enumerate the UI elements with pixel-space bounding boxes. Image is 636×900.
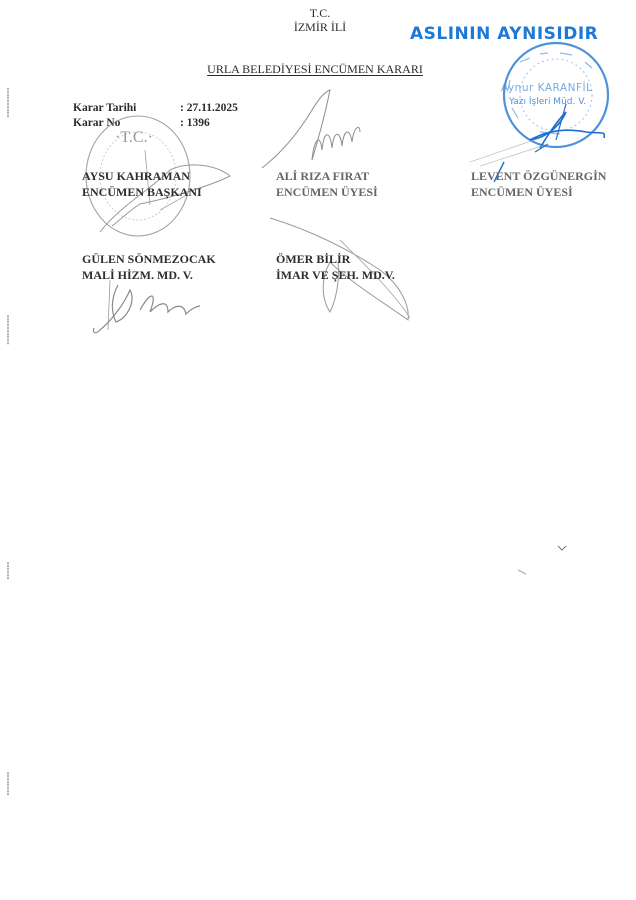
official-seal-icon xyxy=(0,0,636,900)
signatory-title: İMAR VE ŞEH. MD.V. xyxy=(276,267,395,283)
svg-text:·T.C.·: ·T.C.· xyxy=(115,129,153,146)
decision-date-label: Karar Tarihi xyxy=(73,101,136,116)
certified-copy-stamp: ASLININ AYNISIDIR xyxy=(410,24,598,44)
decision-number-label: Karar No xyxy=(73,116,120,131)
signatory-title: ENCÜMEN ÜYESİ xyxy=(471,184,573,200)
signatures-and-seal-drawing: ·T.C.· xyxy=(0,0,636,900)
scan-margin-mark xyxy=(7,562,9,580)
signatory-name: ALİ RIZA FIRAT xyxy=(276,168,369,184)
signatory-title: MALİ HİZM. MD. V. xyxy=(82,267,193,283)
scan-margin-mark xyxy=(7,772,9,796)
signatory-name: ÖMER BİLİR xyxy=(276,251,350,267)
seal-officer-name: Aynur KARANFİL xyxy=(501,82,592,94)
header-tc: T.C. xyxy=(2,6,636,20)
document-title: URLA BELEDİYESİ ENCÜMEN KARARI xyxy=(0,62,633,76)
scan-margin-mark xyxy=(7,315,9,345)
signatory-title: ENCÜMEN BAŞKANI xyxy=(82,184,202,200)
decision-number-value: : 1396 xyxy=(180,116,210,131)
signatory-title: ENCÜMEN ÜYESİ xyxy=(276,184,378,200)
seal-officer-role: Yazı İşleri Müd. V. xyxy=(509,97,586,107)
decision-date-value: : 27.11.2025 xyxy=(180,101,238,116)
signatory-name: LEVENT ÖZGÜNERGİN xyxy=(471,168,606,184)
scan-margin-mark xyxy=(7,88,9,118)
signatory-name: AYSU KAHRAMAN xyxy=(82,168,190,184)
signatory-name: GÜLEN SÖNMEZOCAK xyxy=(82,251,216,267)
